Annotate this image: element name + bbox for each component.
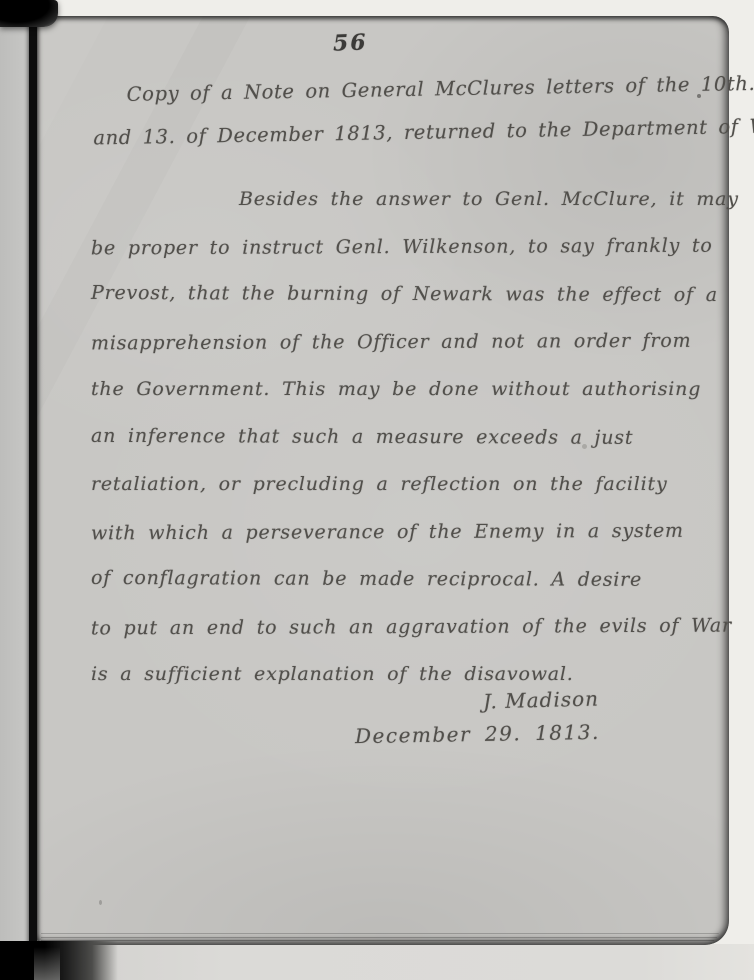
date-line: December 29. 1813. [355, 720, 600, 748]
ink-speck [582, 444, 587, 449]
book-binding-gutter [29, 20, 37, 944]
manuscript-page: 56 Copy of a Note on General McClures le… [37, 16, 729, 945]
body-line: is a sufficient explanation of the disav… [91, 651, 716, 699]
body-line: retaliation, or precluding a reflection … [91, 461, 716, 509]
body-line: an inference that such a measure exceeds… [91, 412, 716, 462]
body-line: of conflagration can be made reciprocal.… [91, 555, 716, 605]
body-line: misapprehension of the Officer and not a… [91, 317, 716, 367]
note-heading: Copy of a Note on General McClures lette… [92, 63, 713, 160]
body-line: be proper to instruct Genl. Wilkenson, t… [91, 222, 716, 272]
signature: J. Madison [483, 686, 600, 713]
binding-shadow-bottom [0, 941, 118, 980]
body-line: with which a perseverance of the Enemy i… [91, 507, 716, 557]
ink-speck [697, 94, 701, 98]
note-body: Besides the answer to Genl. McClure, it … [91, 176, 716, 699]
page-number: 56 [333, 29, 369, 56]
body-line: the Government. This may be done without… [91, 366, 716, 414]
body-line: to put an end to such an aggravation of … [91, 602, 716, 652]
body-line: Besides the answer to Genl. McClure, it … [91, 176, 716, 224]
binding-shadow-top [0, 0, 58, 27]
body-line: Prevost, that the burning of Newark was … [91, 270, 716, 320]
ink-speck [99, 900, 102, 905]
